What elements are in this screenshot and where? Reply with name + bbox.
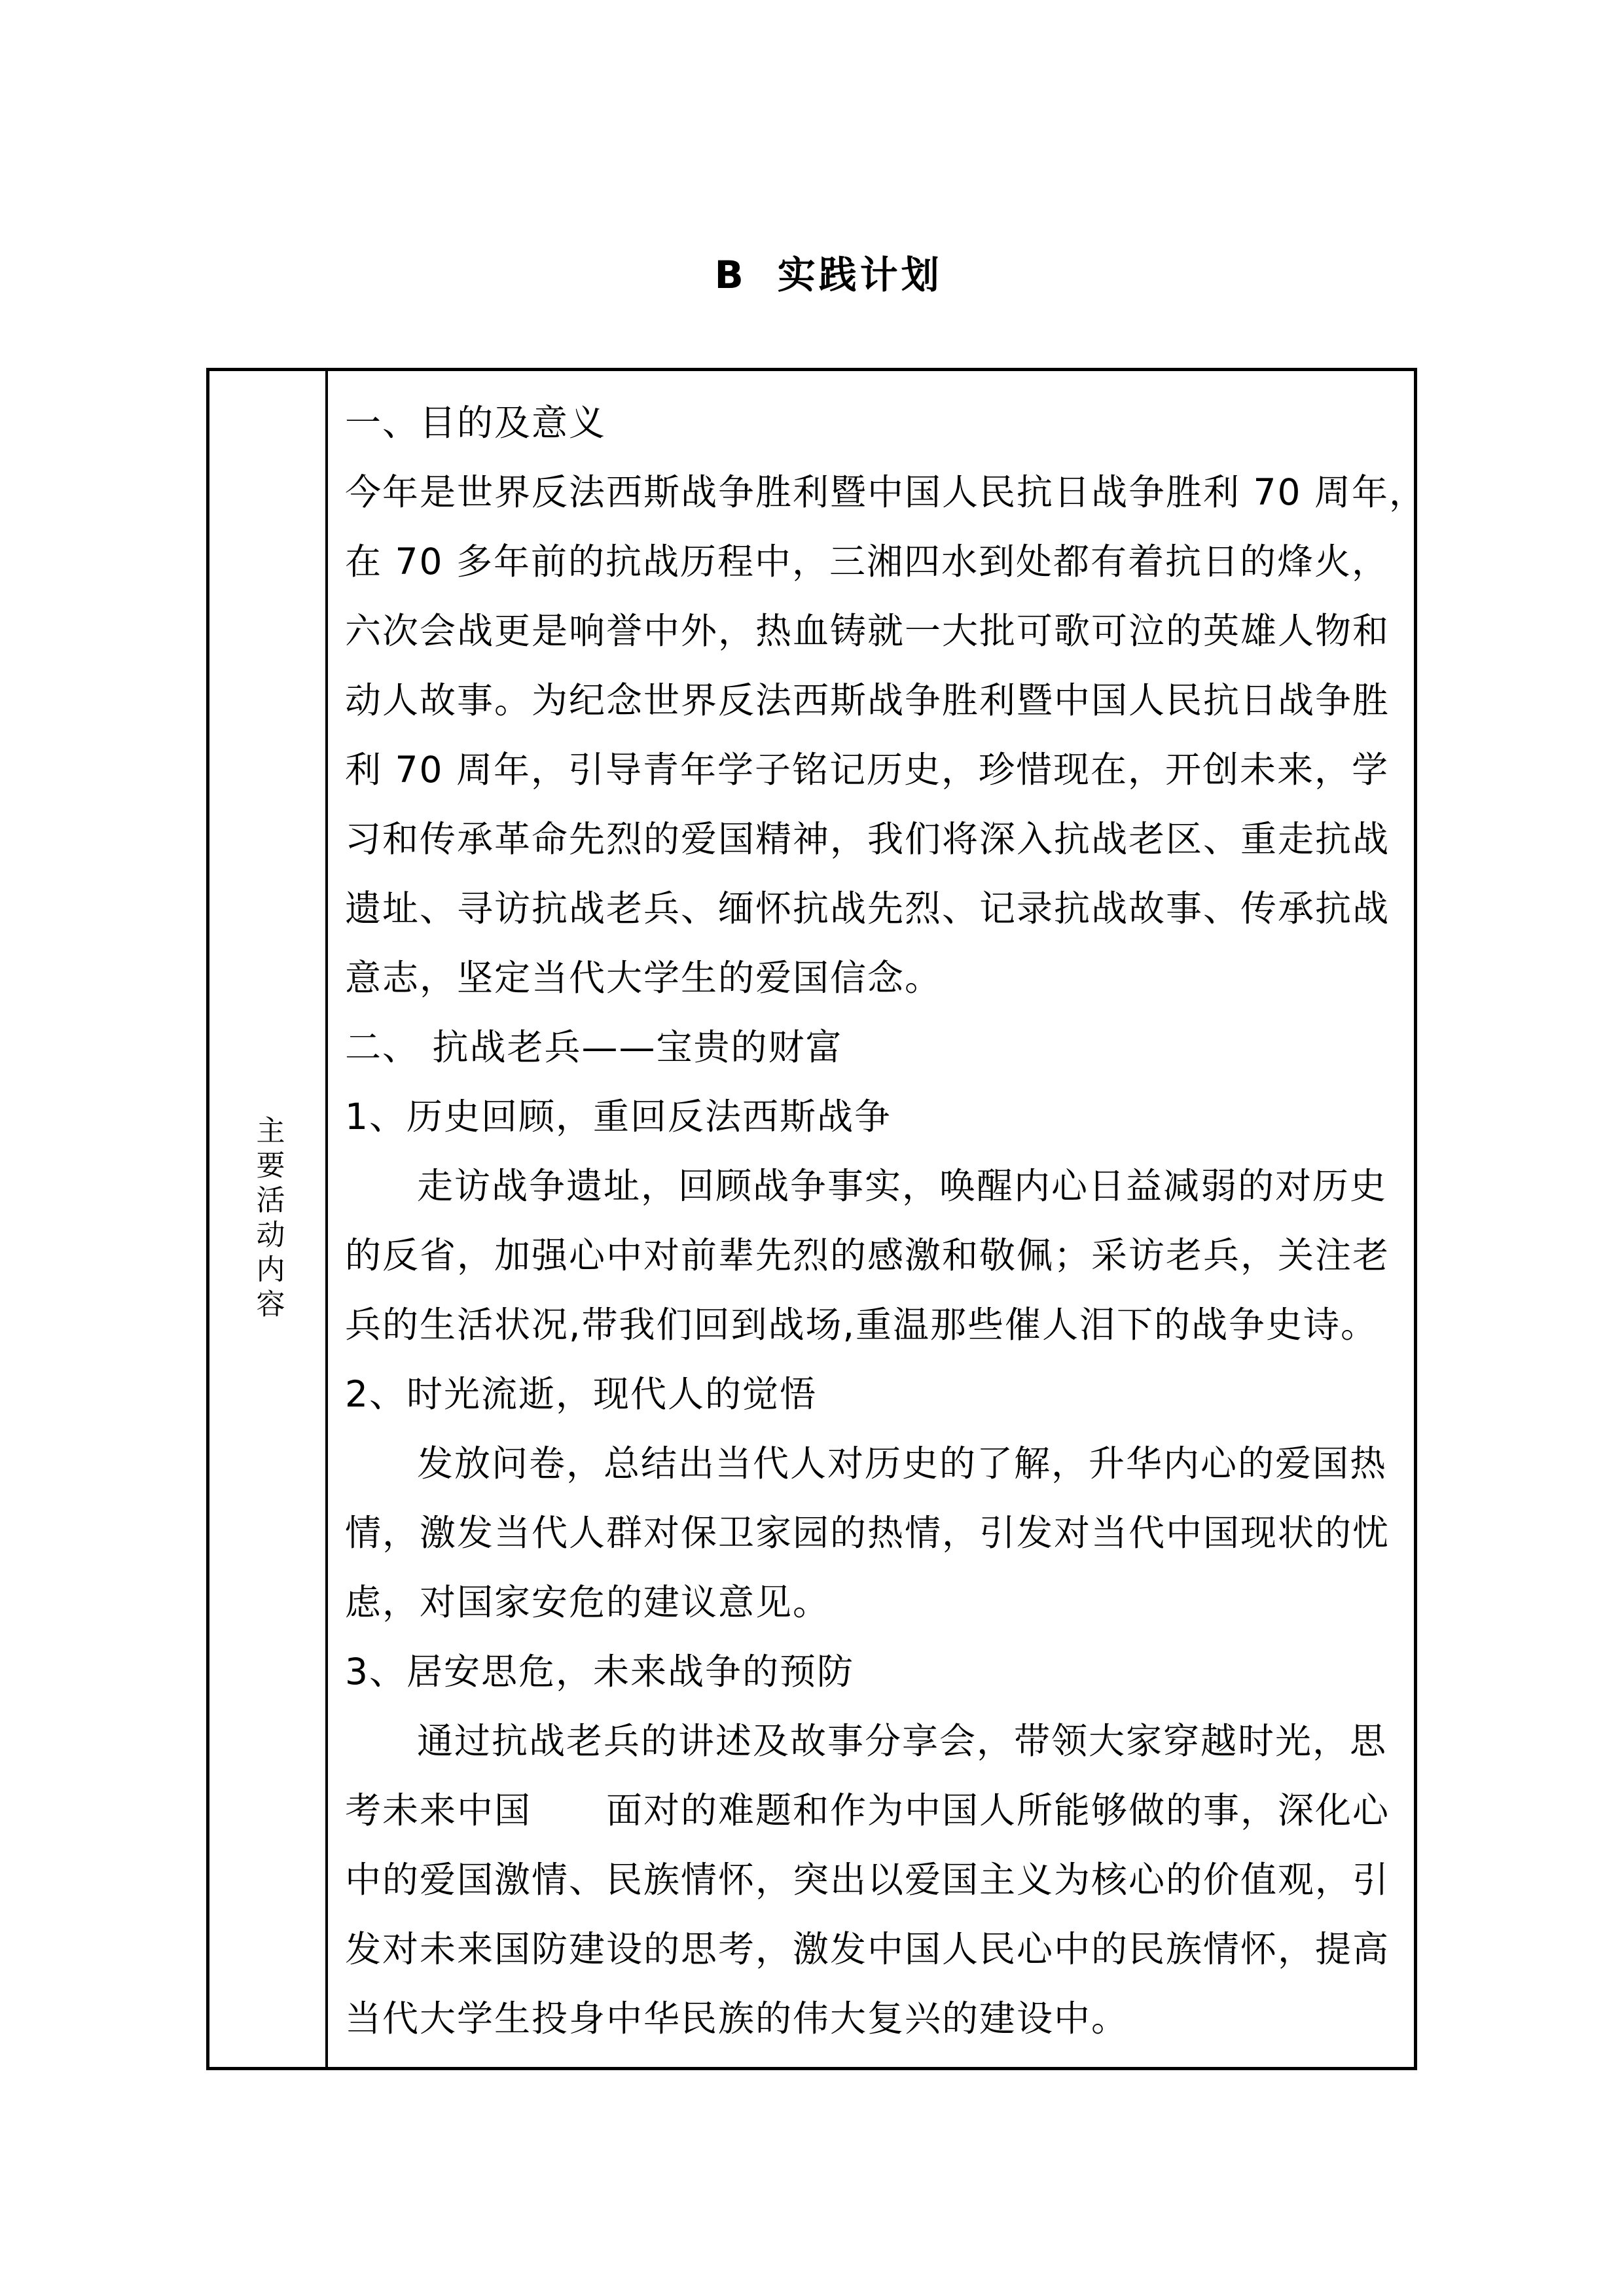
content-line: 今年是世界反法西斯战争胜利暨中国人民抗日战争胜利 70 周年，: [345, 457, 1402, 527]
content-line: 的反省，加强心中对前辈先烈的感激和敬佩；采访老兵，关注老: [345, 1221, 1402, 1290]
page-title: B实践计划: [0, 200, 1624, 299]
content-line: 在 70 多年前的抗战历程中，三湘四水到处都有着抗日的烽火，: [345, 527, 1402, 596]
content-line: 一、目的及意义: [345, 388, 1402, 457]
content-line: 走访战争遗址，回顾战争事实，唤醒内心日益减弱的对历史: [345, 1151, 1402, 1221]
content-line: 虑，对国家安危的建议意见。: [345, 1568, 1402, 1637]
content-line: 六次会战更是响誉中外，热血铸就一大批可歌可泣的英雄人物和: [345, 596, 1402, 666]
content-line: 兵的生活状况,带我们回到战场,重温那些催人泪下的战争史诗。: [345, 1290, 1402, 1359]
plan-table: 主要活动内容 一、目的及意义 今年是世界反法西斯战争胜利暨中国人民抗日战争胜利 …: [206, 368, 1417, 2070]
content-line: 动人故事。为纪念世界反法西斯战争胜利暨中国人民抗日战争胜: [345, 666, 1402, 735]
row-header-cell: 主要活动内容: [209, 371, 328, 2067]
content-line: 发放问卷，总结出当代人对历史的了解，升华内心的爱国热: [345, 1429, 1402, 1498]
content-line: 二、 抗战老兵——宝贵的财富: [345, 1013, 1402, 1082]
content-line: 发对未来国防建设的思考，激发中国人民心中的民族情怀，提高: [345, 1914, 1402, 1984]
content-line: 情，激发当代人群对保卫家园的热情，引发对当代中国现状的忧: [345, 1498, 1402, 1568]
content-line: 3、居安思危，未来战争的预防: [345, 1637, 1402, 1706]
page-title-text: 实践计划: [778, 253, 943, 297]
content-line: 当代大学生投身中华民族的伟大复兴的建设中。: [345, 1984, 1402, 2053]
content-line: 利 70 周年，引导青年学子铭记历史，珍惜现在，开创未来，学: [345, 735, 1402, 804]
content-line: 遗址、寻访抗战老兵、缅怀抗战先烈、记录抗战故事、传承抗战: [345, 874, 1402, 943]
content-line: 习和传承革命先烈的爱国精神，我们将深入抗战老区、重走抗战: [345, 804, 1402, 874]
content-line: 中的爱国激情、民族情怀，突出以爱国主义为核心的价值观，引: [345, 1845, 1402, 1914]
page-title-prefix: B: [715, 253, 744, 297]
row-header-label: 主要活动内容: [247, 1115, 289, 1323]
content-line: 考未来中国 面对的难题和作为中国人所能够做的事，深化心: [345, 1776, 1402, 1845]
content-line: 1、历史回顾，重回反法西斯战争: [345, 1082, 1402, 1151]
content-line: 2、时光流逝，现代人的觉悟: [345, 1359, 1402, 1429]
content-line: 意志，坚定当代大学生的爱国信念。: [345, 943, 1402, 1013]
content-cell: 一、目的及意义 今年是世界反法西斯战争胜利暨中国人民抗日战争胜利 70 周年， …: [328, 371, 1414, 2067]
content-line: 通过抗战老兵的讲述及故事分享会，带领大家穿越时光，思: [345, 1706, 1402, 1776]
